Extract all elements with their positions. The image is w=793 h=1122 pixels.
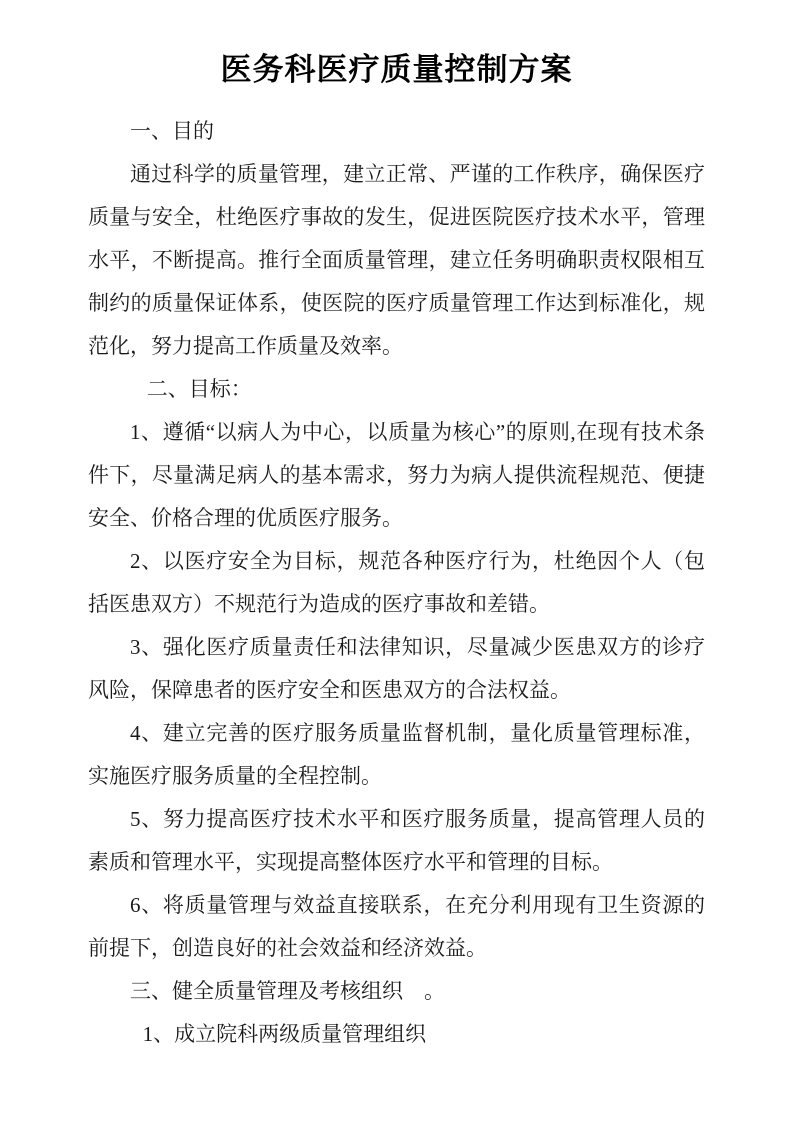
document-title: 医务科医疗质量控制方案 — [88, 46, 705, 94]
paragraph: 通过科学的质量管理，建立正常、严谨的工作秩序，确保医疗质量与安全，杜绝医疗事故的… — [88, 153, 705, 368]
paragraph: 4、建立完善的医疗服务质量监督机制，量化质量管理标准，实施医疗服务质量的全程控制… — [88, 712, 705, 798]
paragraph: 1、遵循“以病人为中心，以质量为核心”的原则,在现有技术条件下，尽量满足病人的基… — [88, 411, 705, 540]
paragraph: 3、强化医疗质量责任和法律知识，尽量减少医患双方的诊疗风险，保障患者的医疗安全和… — [88, 626, 705, 712]
paragraph: 二、目标： — [88, 368, 705, 411]
paragraph: 三、健全质量管理及考核组织 。 — [88, 970, 705, 1013]
paragraph: 5、努力提高医疗技术水平和医疗服务质量，提高管理人员的素质和管理水平，实现提高整… — [88, 798, 705, 884]
paragraph: 一、目的 — [88, 110, 705, 153]
document-body: 一、目的通过科学的质量管理，建立正常、严谨的工作秩序，确保医疗质量与安全，杜绝医… — [88, 110, 705, 1056]
document-page: 医务科医疗质量控制方案 一、目的通过科学的质量管理，建立正常、严谨的工作秩序，确… — [0, 0, 793, 1122]
paragraph: 2、以医疗安全为目标，规范各种医疗行为，杜绝因个人（包括医患双方）不规范行为造成… — [88, 540, 705, 626]
paragraph: 1、成立院科两级质量管理组织 — [88, 1013, 705, 1056]
paragraph: 6、将质量管理与效益直接联系，在充分利用现有卫生资源的前提下，创造良好的社会效益… — [88, 884, 705, 970]
